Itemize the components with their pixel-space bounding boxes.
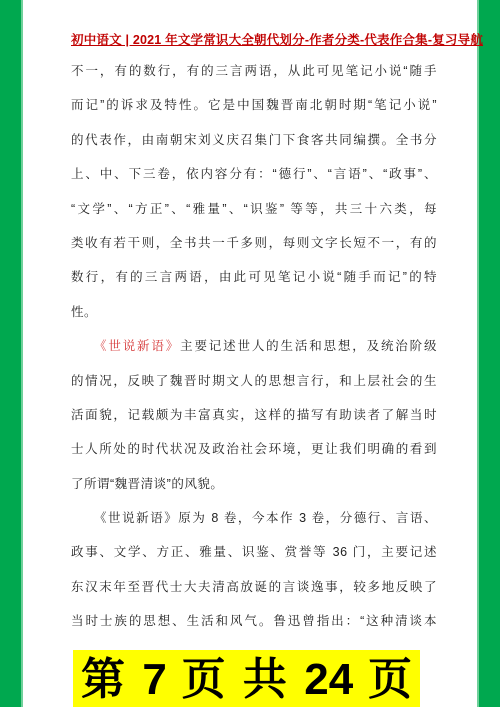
right-green-border (477, 0, 500, 707)
text-line: “文学”、“方正”、“雅量”、“识鉴” 等等，共三十六类，每 (71, 192, 437, 226)
text-line: 而记”的诉求及特性。它是中国魏晋南北朝时期“笔记小说” (71, 88, 437, 122)
text-line: 上、中、下三卷，依内容分有：“德行”、“言语”、“政事”、 (71, 157, 437, 191)
body-text-segment: 而记”的诉求及特性。它是中国魏晋南北朝时期“笔记小说” (71, 98, 437, 112)
text-line: 的代表作，由南朝宋刘义庆召集门下食客共同编撰。全书分 (71, 123, 437, 157)
text-line: 士人所处的时代状况及政治社会环境，更让我们明确的看到 (71, 432, 437, 466)
body-text-segment: 主要记述世人的生活和思想，及统治阶级 (180, 339, 437, 353)
body-text-segment: 的情况，反映了魏晋时期文人的思想言行，和上层社会的生 (71, 374, 437, 388)
text-line: 不一，有的数行，有的三言两语，从此可见笔记小说“随手 (71, 54, 437, 88)
document-page: 初中语文 | 2021 年文学常识大全朝代划分-作者分类-代表作合集-复习导航 … (0, 0, 500, 707)
body-text-segment: “文学”、“方正”、“雅量”、“识鉴” 等等，共三十六类，每 (71, 202, 437, 216)
body-text-segment: 性。 (71, 305, 97, 319)
body-text-segment: 上、中、下三卷，依内容分有：“德行”、“言语”、“政事”、 (71, 167, 437, 181)
body-text-segment: 政事、文学、方正、雅量、识鉴、赏誉等 36 门，主要记述 (71, 545, 437, 559)
book-title-red: 《世说新语》 (94, 339, 180, 353)
body-text-segment: 东汉末年至晋代士大夫清高放诞的言谈逸事，较多地反映了 (71, 580, 437, 594)
body-text-segment: 当时士族的思想、生活和风气。鲁迅曾指出：“这种清谈本 (71, 614, 437, 628)
body-text-segment: 士人所处的时代状况及政治社会环境，更让我们明确的看到 (71, 442, 437, 456)
text-line: 性。 (71, 295, 437, 329)
body-text-segment: 的代表作，由南朝宋刘义庆召集门下食客共同编撰。全书分 (71, 133, 437, 147)
text-line: 活面貌，记载颇为丰富真实，这样的描写有助读者了解当时 (71, 398, 437, 432)
text-line: 《世说新语》原为 8 卷，今本作 3 卷，分德行、言语、 (71, 501, 437, 535)
body-text-segment: 类收有若干则，全书共一千多则，每则文字长短不一，有的 (71, 236, 437, 250)
page-number-banner: 第 7 页 共 24 页 (73, 650, 420, 707)
page-number-text: 第 7 页 共 24 页 (81, 655, 412, 704)
document-title-link[interactable]: 初中语文 | 2021 年文学常识大全朝代划分-作者分类-代表作合集-复习导航 (23, 30, 477, 48)
text-line: 东汉末年至晋代士大夫清高放诞的言谈逸事，较多地反映了 (71, 570, 437, 604)
body-text-segment: 《世说新语》原为 8 卷，今本作 3 卷，分德行、言语、 (94, 511, 437, 525)
text-line: 当时士族的思想、生活和风气。鲁迅曾指出：“这种清谈本 (71, 604, 437, 638)
text-line: 的情况，反映了魏晋时期文人的思想言行，和上层社会的生 (71, 364, 437, 398)
text-line: 了所谓“魏晋清谈”的风貌。 (71, 467, 437, 501)
left-green-border (0, 0, 23, 707)
body-text-segment: 活面貌，记载颇为丰富真实，这样的描写有助读者了解当时 (71, 408, 437, 422)
text-line: 数行，有的三言两语，由此可见笔记小说“随手而记”的特 (71, 260, 437, 294)
document-content: 初中语文 | 2021 年文学常识大全朝代划分-作者分类-代表作合集-复习导航 … (23, 0, 477, 707)
body-text-segment: 了所谓“魏晋清谈”的风貌。 (71, 477, 223, 491)
document-body: 不一，有的数行，有的三言两语，从此可见笔记小说“随手而记”的诉求及特性。它是中国… (23, 54, 477, 639)
text-line: 《世说新语》主要记述世人的生活和思想，及统治阶级 (71, 329, 437, 363)
text-line: 类收有若干则，全书共一千多则，每则文字长短不一，有的 (71, 226, 437, 260)
body-text-segment: 不一，有的数行，有的三言两语，从此可见笔记小说“随手 (71, 64, 437, 78)
text-line: 政事、文学、方正、雅量、识鉴、赏誉等 36 门，主要记述 (71, 535, 437, 569)
body-text-segment: 数行，有的三言两语，由此可见笔记小说“随手而记”的特 (71, 270, 437, 284)
